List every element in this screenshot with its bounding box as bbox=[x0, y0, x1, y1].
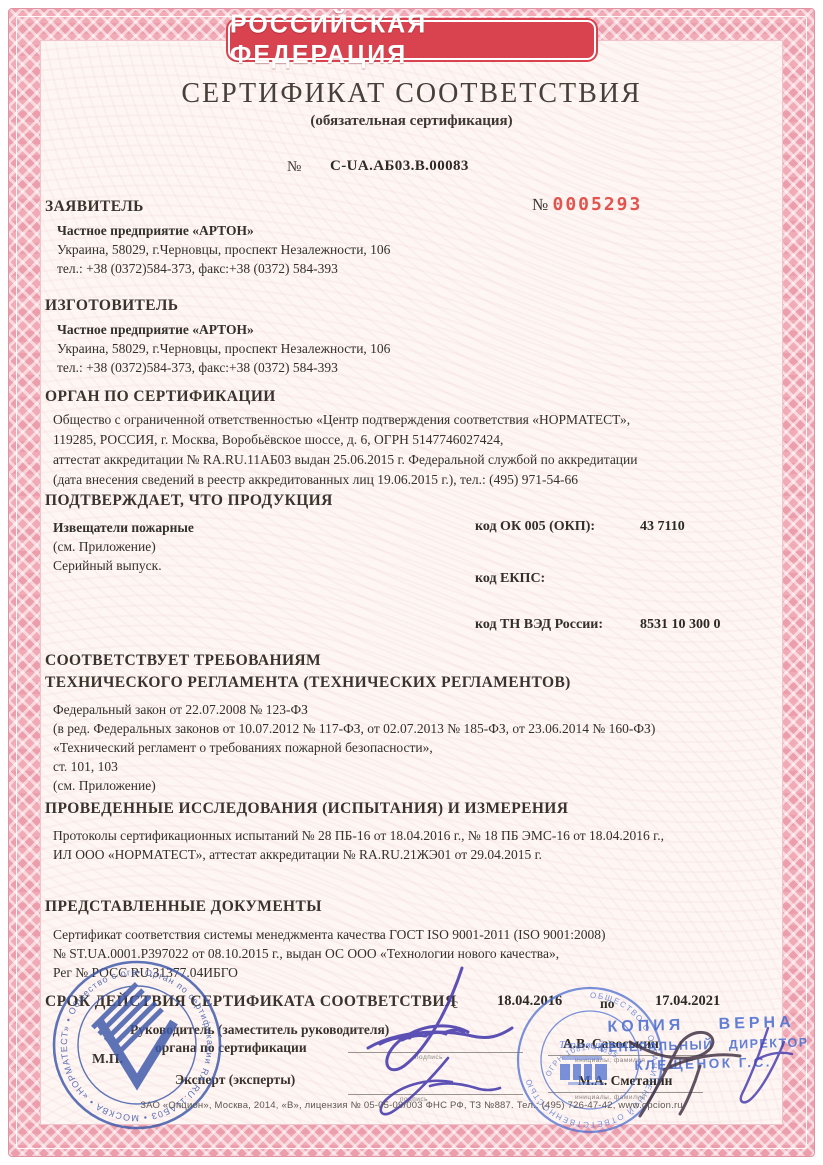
country-banner-text: РОССИЙСКАЯ ФЕДЕРАЦИЯ bbox=[230, 10, 594, 71]
cert-body-line: аттестат аккредитации № RA.RU.11АБ03 выд… bbox=[53, 450, 637, 469]
requirements-line: ст. 101, 103 bbox=[53, 757, 118, 776]
certificate-subtitle: (обязательная сертификация) bbox=[0, 113, 823, 130]
validity-to-label: по bbox=[600, 994, 615, 1013]
blank-serial-number: № 0005293 bbox=[532, 194, 642, 215]
requirements-line: (см. Приложение) bbox=[53, 776, 156, 795]
cert-number-label: № bbox=[287, 159, 301, 176]
product-issue-type: Серийный выпуск. bbox=[53, 556, 162, 575]
mp-seal-mark: М.П. bbox=[92, 1052, 123, 1068]
cert-body-line: 119285, РОССИЯ, г. Москва, Воробьёвское … bbox=[53, 430, 503, 449]
applicant-name: Частное предприятие «АРТОН» bbox=[57, 221, 254, 240]
applicant-heading: ЗАЯВИТЕЛЬ bbox=[45, 198, 144, 216]
tests-heading: ПРОВЕДЕННЫЕ ИССЛЕДОВАНИЯ (ИСПЫТАНИЯ) И И… bbox=[45, 800, 568, 818]
blank-serial-label: № bbox=[532, 195, 548, 214]
certificate-title: СЕРТИФИКАТ СООТВЕТСТВИЯ bbox=[0, 78, 823, 110]
manufacturer-phone: тел.: +38 (0372)584-373, факс:+38 (0372)… bbox=[57, 358, 338, 377]
documents-line: Рег № РОСС RU.31377.04ИБГО bbox=[53, 963, 238, 982]
code-okp-label: код ОК 005 (ОКП): bbox=[475, 519, 595, 535]
blank-serial-digits: 0005293 bbox=[552, 194, 642, 215]
cert-body-heading: ОРГАН ПО СЕРТИФИКАЦИИ bbox=[45, 388, 276, 406]
requirements-line: Федеральный закон от 22.07.2008 № 123-ФЗ bbox=[53, 700, 308, 719]
product-note: (см. Приложение) bbox=[53, 537, 156, 556]
manufacturer-address: Украина, 58029, г.Черновцы, проспект Нез… bbox=[57, 339, 390, 358]
validity-from-date: 18.04.2016 bbox=[497, 993, 562, 1010]
expert-signature-line bbox=[348, 1094, 523, 1095]
code-okp-value: 43 7110 bbox=[640, 519, 685, 535]
cert-body-line: Общество с ограниченной ответственностью… bbox=[53, 410, 630, 429]
code-tnved-label: код ТН ВЭД России: bbox=[475, 617, 603, 633]
requirements-line: «Технический регламент о требованиях пож… bbox=[53, 738, 433, 757]
validity-from-label: с bbox=[452, 994, 458, 1013]
requirements-heading-2: ТЕХНИЧЕСКОГО РЕГЛАМЕНТА (ТЕХНИЧЕСКИХ РЕГ… bbox=[45, 674, 571, 692]
confirms-heading: ПОДТВЕРЖДАЕТ, ЧТО ПРОДУКЦИЯ bbox=[45, 492, 333, 510]
head-signature-line bbox=[348, 1052, 523, 1053]
documents-line: Сертификат соответствия системы менеджме… bbox=[53, 925, 606, 944]
manufacturer-name: Частное предприятие «АРТОН» bbox=[57, 320, 254, 339]
validity-heading: СРОК ДЕЙСТВИЯ СЕРТИФИКАТА СООТВЕТСТВИЯ bbox=[45, 993, 456, 1011]
head-role-label-2: органа по сертификации bbox=[155, 1040, 307, 1056]
code-ekps-label: код ЕКПС: bbox=[475, 571, 545, 587]
expert-role-label: Эксперт (эксперты) bbox=[175, 1072, 295, 1088]
code-tnved-value: 8531 10 300 0 bbox=[640, 617, 721, 633]
expert-name-line bbox=[548, 1092, 703, 1093]
cert-body-line: (дата внесения сведений в реестр аккреди… bbox=[53, 470, 578, 489]
requirements-heading-1: СООТВЕТСТВУЕТ ТРЕБОВАНИЯМ bbox=[45, 652, 321, 670]
tests-line: ИЛ ООО «НОРМАТЕСТ», аттестат аккредитаци… bbox=[53, 845, 542, 864]
manufacturer-heading: ИЗГОТОВИТЕЛЬ bbox=[45, 297, 178, 315]
cert-number-value: C-UA.АБ03.В.00083 bbox=[330, 158, 469, 175]
print-house-footer: ЗАО «Опцион», Москва, 2014, «В», лицензи… bbox=[0, 1100, 823, 1111]
head-signature-caption: подпись bbox=[415, 1054, 443, 1061]
product-name: Извещатели пожарные bbox=[53, 518, 194, 537]
validity-to-date: 17.04.2021 bbox=[655, 993, 720, 1010]
country-banner: РОССИЙСКАЯ ФЕДЕРАЦИЯ bbox=[228, 20, 596, 60]
requirements-line: (в ред. Федеральных законов от 10.07.201… bbox=[53, 719, 655, 738]
documents-heading: ПРЕДСТАВЛЕННЫЕ ДОКУМЕНТЫ bbox=[45, 898, 322, 916]
applicant-phone: тел.: +38 (0372)584-373, факс:+38 (0372)… bbox=[57, 259, 338, 278]
head-role-label-1: Руководитель (заместитель руководителя) bbox=[130, 1022, 389, 1038]
certificate-page: РОССИЙСКАЯ ФЕДЕРАЦИЯ СЕРТИФИКАТ СООТВЕТС… bbox=[0, 0, 823, 1165]
documents-line: № ST.UA.0001.P397022 от 08.10.2015 г., в… bbox=[53, 944, 559, 963]
tests-line: Протоколы сертификационных испытаний № 2… bbox=[53, 826, 664, 845]
applicant-address: Украина, 58029, г.Черновцы, проспект Нез… bbox=[57, 240, 390, 259]
copy-verna-stamp: КОПИЯ ВЕРНА ГЕНЕРАЛЬНЫЙ ДИРЕКТОР КЛЕЩЕНО… bbox=[607, 1010, 819, 1076]
